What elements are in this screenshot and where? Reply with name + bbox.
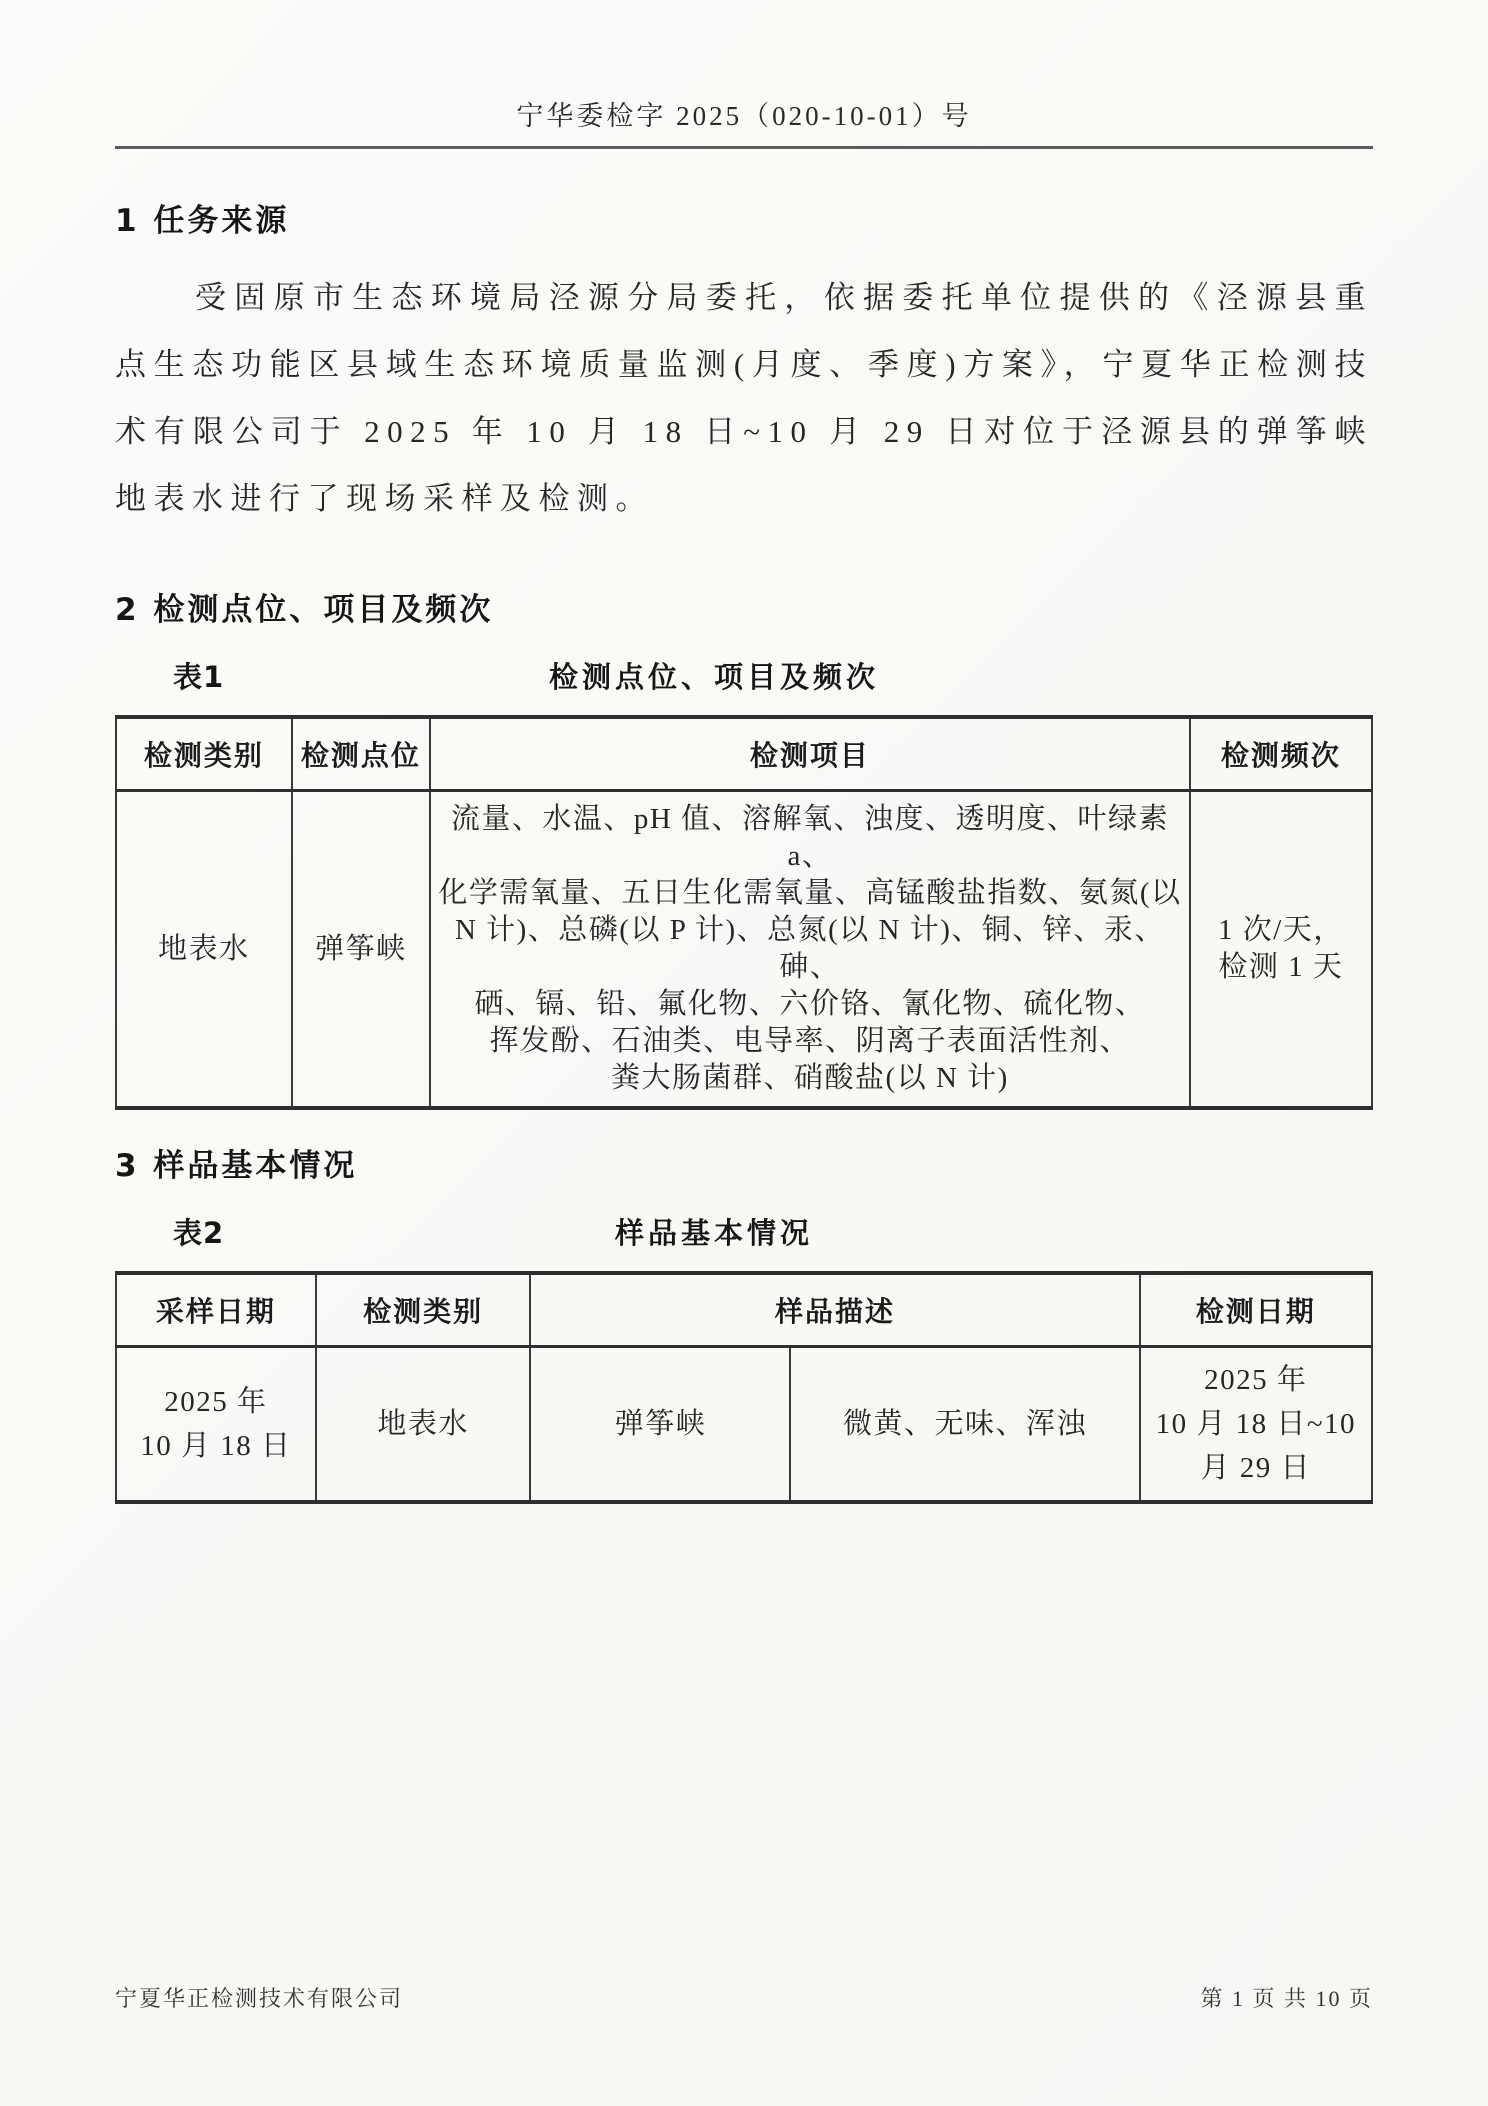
page-content: 宁华委检字 2025（020-10-01）号 1 任务来源 受固原市生态环境局泾… (115, 0, 1373, 1504)
t1-cell-site: 弹筝峡 (292, 791, 430, 1109)
t1-header-site: 检测点位 (292, 717, 430, 791)
table-2-title: 样品基本情况 (115, 1211, 1313, 1252)
footer-company: 宁夏华正检测技术有限公司 (115, 1982, 403, 2013)
section-1-heading: 1 任务来源 (115, 195, 1373, 240)
footer-page-number: 第 1 页 共 10 页 (1200, 1982, 1373, 2013)
t1-cell-category: 地表水 (116, 791, 292, 1109)
header-divider (115, 146, 1373, 149)
t2-header-sampling-date: 采样日期 (116, 1273, 316, 1347)
t1-header-frequency: 检测频次 (1190, 717, 1372, 791)
t2-header-category: 检测类别 (316, 1273, 531, 1347)
table-2-caption: 表2 样品基本情况 (115, 1211, 1373, 1257)
table-2-data-row: 2025 年 10 月 18 日 地表水 弹筝峡 微黄、无味、浑浊 2025 年… (116, 1347, 1372, 1503)
t2-header-description: 样品描述 (530, 1273, 1139, 1347)
section-3-heading: 3 样品基本情况 (115, 1140, 1373, 1185)
t2-cell-sampling-date: 2025 年 10 月 18 日 (116, 1347, 316, 1503)
t1-cell-items: 流量、水温、pH 值、溶解氧、浊度、透明度、叶绿素 a、 化学需氧量、五日生化需… (430, 791, 1190, 1109)
table-1-data-row: 地表水 弹筝峡 流量、水温、pH 值、溶解氧、浊度、透明度、叶绿素 a、 化学需… (116, 791, 1372, 1109)
t2-cell-category: 地表水 (316, 1347, 531, 1503)
section-2-heading: 2 检测点位、项目及频次 (115, 584, 1373, 629)
t2-cell-testing-date: 2025 年 10 月 18 日~10 月 29 日 (1140, 1347, 1372, 1503)
page-footer: 宁夏华正检测技术有限公司 第 1 页 共 10 页 (115, 1982, 1373, 2013)
table-1: 检测类别 检测点位 检测项目 检测频次 地表水 弹筝峡 流量、水温、pH 值、溶… (115, 715, 1373, 1110)
document-page: 宁华委检字 2025（020-10-01）号 1 任务来源 受固原市生态环境局泾… (0, 0, 1488, 2106)
table-2-header-row: 采样日期 检测类别 样品描述 检测日期 (116, 1273, 1372, 1347)
t2-header-testing-date: 检测日期 (1140, 1273, 1372, 1347)
task-source-paragraph: 受固原市生态环境局泾源分局委托，依据委托单位提供的《泾源县重点生态功能区县域生态… (115, 264, 1373, 532)
table-1-caption: 表1 检测点位、项目及频次 (115, 655, 1373, 701)
t1-header-items: 检测项目 (430, 717, 1190, 791)
document-number: 宁华委检字 2025（020-10-01）号 (115, 94, 1373, 133)
t2-cell-description: 微黄、无味、浑浊 (790, 1347, 1139, 1503)
table-2: 采样日期 检测类别 样品描述 检测日期 2025 年 10 月 18 日 地表水… (115, 1271, 1373, 1504)
table-1-header-row: 检测类别 检测点位 检测项目 检测频次 (116, 717, 1372, 791)
t1-header-category: 检测类别 (116, 717, 292, 791)
t2-cell-site: 弹筝峡 (530, 1347, 790, 1503)
t1-cell-frequency: 1 次/天， 检测 1 天 (1190, 791, 1372, 1109)
table-1-title: 检测点位、项目及频次 (115, 655, 1313, 696)
